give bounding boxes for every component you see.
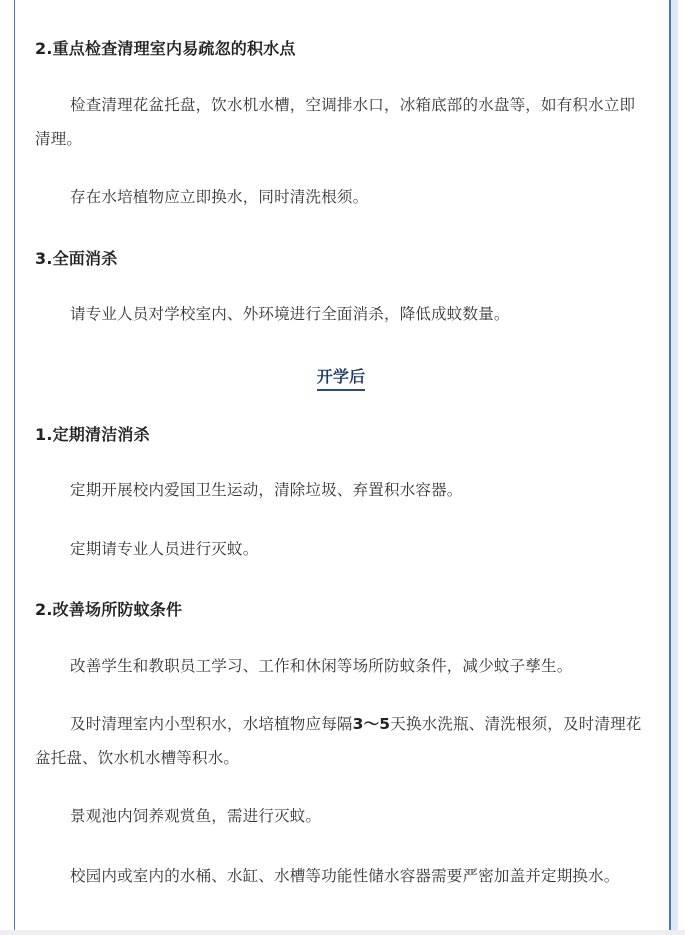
section-heading-regular-cleaning: 1.定期清洁消杀 [35, 422, 150, 445]
bottom-divider [0, 930, 685, 935]
section-title-text: 开学后 [317, 364, 366, 391]
paragraph: 景观池内饲养观赏鱼，需进行灭蚊。 [35, 799, 647, 833]
text-segment: 及时清理室内小型积水，水培植物应每隔 [70, 715, 353, 733]
paragraph: 检查清理花盆托盘，饮水机水槽，空调排水口，冰箱底部的水盘等，如有积水立即清理。 [35, 88, 647, 156]
section-heading-improve-conditions: 2.改善场所防蚊条件 [35, 597, 182, 620]
section-title-after-school: 开学后 [35, 364, 647, 391]
paragraph: 改善学生和教职员工学习、工作和休闲等场所防蚊条件，减少蚊子孳生。 [35, 649, 647, 683]
paragraph: 定期开展校内爱国卫生运动，清除垃圾、弃置积水容器。 [35, 473, 647, 507]
section-heading-check-water-points: 2.重点检查清理室内易疏忽的积水点 [35, 36, 296, 59]
paragraph: 存在水培植物应立即换水，同时清洗根须。 [35, 180, 647, 214]
section-heading-full-disinfection: 3.全面消杀 [35, 246, 117, 269]
paragraph: 校园内或室内的水桶、水缸、水槽等功能性储水容器需要严密加盖并定期换水。 [35, 859, 647, 893]
scrollbar-track[interactable] [671, 0, 678, 930]
paragraph-with-bold-range: 及时清理室内小型积水，水培植物应每隔3～5天换水洗瓶、清洗根须，及时清理花盆托盘… [35, 707, 647, 775]
paragraph: 定期请专业人员进行灭蚊。 [35, 532, 647, 566]
bold-range: 3～5 [353, 715, 391, 733]
paragraph: 请专业人员对学校室内、外环境进行全面消杀，降低成蚊数量。 [35, 297, 647, 331]
